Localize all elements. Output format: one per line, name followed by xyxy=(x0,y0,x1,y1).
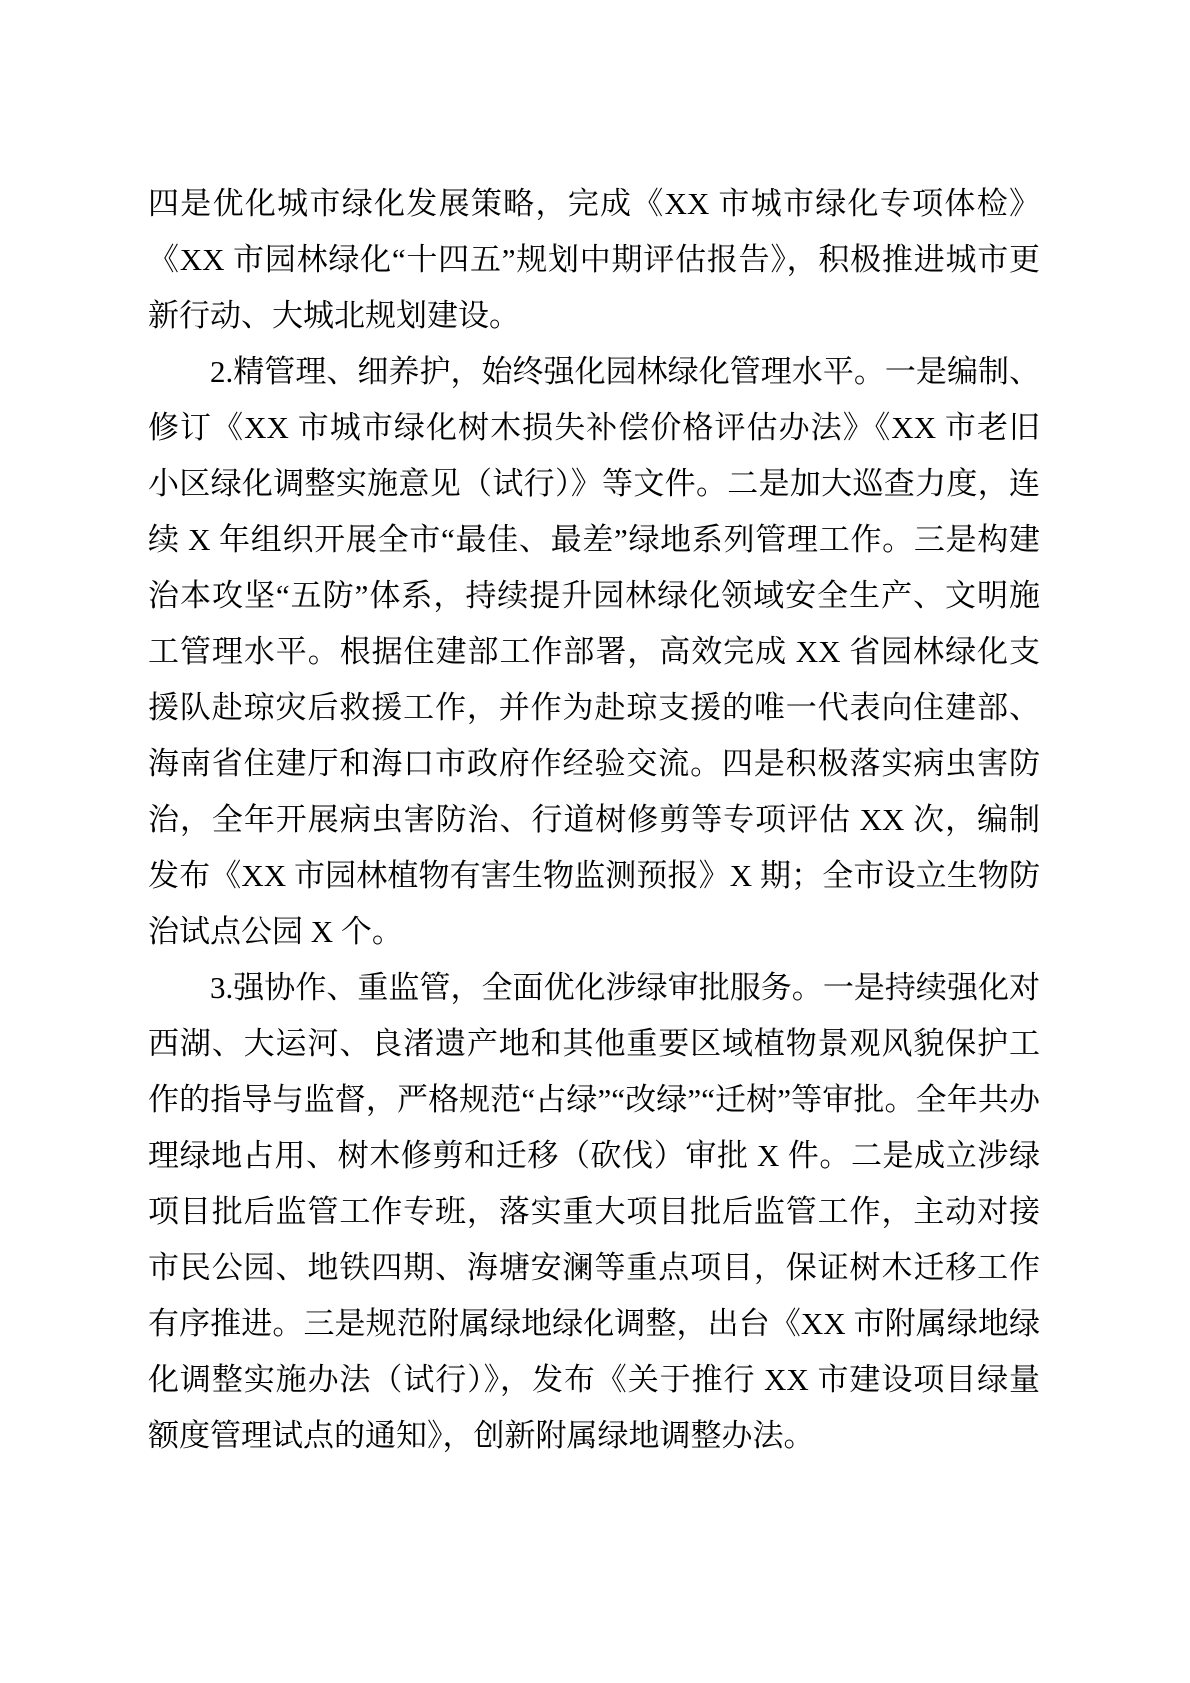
paragraph-item-3: 3.强协作、重监管，全面优化涉绿审批服务。一是持续强化对西湖、大运河、良渚遗产地… xyxy=(148,960,1040,1464)
paragraph-continuation: 四是优化城市绿化发展策略，完成《XX 市城市绿化专项体检》《XX 市园林绿化“十… xyxy=(148,176,1040,344)
paragraph-item-2: 2.精管理、细养护，始终强化园林绿化管理水平。一是编制、修订《XX 市城市绿化树… xyxy=(148,344,1040,960)
document-page: 四是优化城市绿化发展策略，完成《XX 市城市绿化专项体检》《XX 市园林绿化“十… xyxy=(0,0,1190,1683)
